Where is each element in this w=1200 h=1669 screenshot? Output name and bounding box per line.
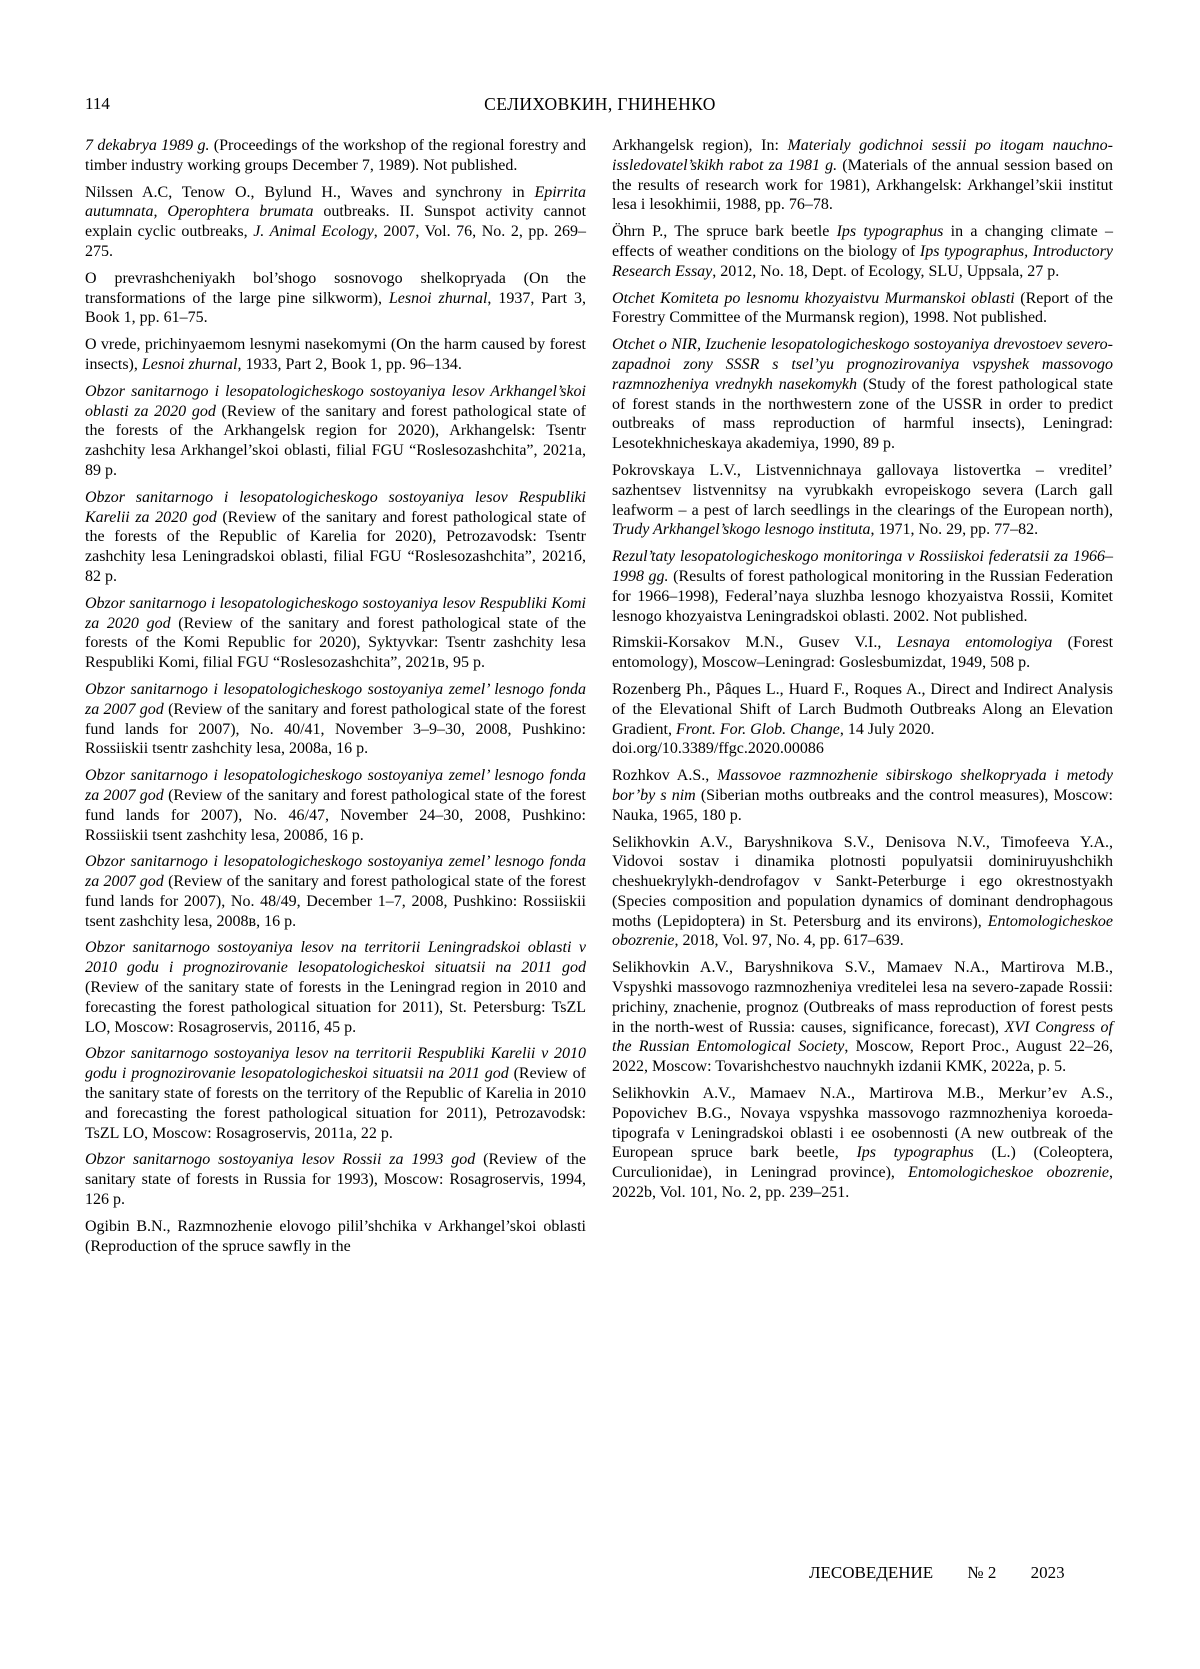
reference-entry: Rimskii-Korsakov M.N., Gusev V.I., Lesna… xyxy=(612,633,1113,673)
reference-entry: Rezul’taty lesopatologicheskogo monitori… xyxy=(612,547,1113,626)
footer-issue-number: № 2 xyxy=(967,1563,996,1582)
references-left-column: 7 dekabrya 1989 g. (Proceedings of the w… xyxy=(85,136,586,1263)
reference-entry: Otchet o NIR, Izuchenie lesopatologiches… xyxy=(612,335,1113,454)
reference-entry: Obzor sanitarnogo i lesopatologicheskogo… xyxy=(85,488,586,587)
reference-entry: Arkhangelsk region), In: Materialy godic… xyxy=(612,136,1113,215)
reference-entry: 7 dekabrya 1989 g. (Proceedings of the w… xyxy=(85,136,586,176)
references-right-column: Arkhangelsk region), In: Materialy godic… xyxy=(612,136,1113,1263)
reference-entry: Obzor sanitarnogo i lesopatologicheskogo… xyxy=(85,852,586,931)
reference-entry: Rozenberg Ph., Pâques L., Huard F., Roqu… xyxy=(612,680,1113,759)
journal-page: 114 СЕЛИХОВКИН, ГНИНЕНКО 7 dekabrya 1989… xyxy=(0,0,1200,1669)
running-head: СЕЛИХОВКИН, ГНИНЕНКО xyxy=(0,94,1200,114)
reference-entry: Öhrn P., The spruce bark beetle Ips typo… xyxy=(612,222,1113,281)
reference-entry: Otchet Komiteta po lesnomu khozyaistvu M… xyxy=(612,289,1113,329)
reference-entry: Nilssen A.C, Tenow O., Bylund H., Waves … xyxy=(85,183,586,262)
reference-entry: O vrede, prichinyaemom lesnymi nasekomym… xyxy=(85,335,586,375)
reference-entry: Selikhovkin A.V., Mamaev N.A., Martirova… xyxy=(612,1084,1113,1203)
references-columns: 7 dekabrya 1989 g. (Proceedings of the w… xyxy=(85,136,1113,1263)
reference-entry: Obzor sanitarnogo sostoyaniya lesov na t… xyxy=(85,938,586,1037)
reference-entry: Ogibin B.N., Razmnozhenie elovogo pilil’… xyxy=(85,1217,586,1257)
reference-entry: Pokrovskaya L.V., Listvennichnaya gallov… xyxy=(612,461,1113,540)
reference-entry: Obzor sanitarnogo sostoyaniya lesov Ross… xyxy=(85,1150,586,1209)
reference-entry: Obzor sanitarnogo i lesopatologicheskogo… xyxy=(85,382,586,481)
reference-entry: O prevrashcheniyakh bol’shogo sosnovogo … xyxy=(85,269,586,328)
reference-entry: Rozhkov A.S., Massovoe razmnozhenie sibi… xyxy=(612,766,1113,825)
footer-journal-name: ЛЕСОВЕДЕНИЕ xyxy=(809,1563,933,1582)
reference-entry: Obzor sanitarnogo i lesopatologicheskogo… xyxy=(85,594,586,673)
reference-entry: Obzor sanitarnogo i lesopatologicheskogo… xyxy=(85,680,586,759)
reference-entry: Obzor sanitarnogo sostoyaniya lesov na t… xyxy=(85,1044,586,1143)
reference-entry: Obzor sanitarnogo i lesopatologicheskogo… xyxy=(85,766,586,845)
reference-entry: Selikhovkin A.V., Baryshnikova S.V., Den… xyxy=(612,833,1113,952)
footer-year: 2023 xyxy=(1031,1563,1065,1582)
reference-entry: Selikhovkin A.V., Baryshnikova S.V., Mam… xyxy=(612,958,1113,1077)
journal-footer: ЛЕСОВЕДЕНИЕ № 2 2023 xyxy=(809,1563,1065,1583)
